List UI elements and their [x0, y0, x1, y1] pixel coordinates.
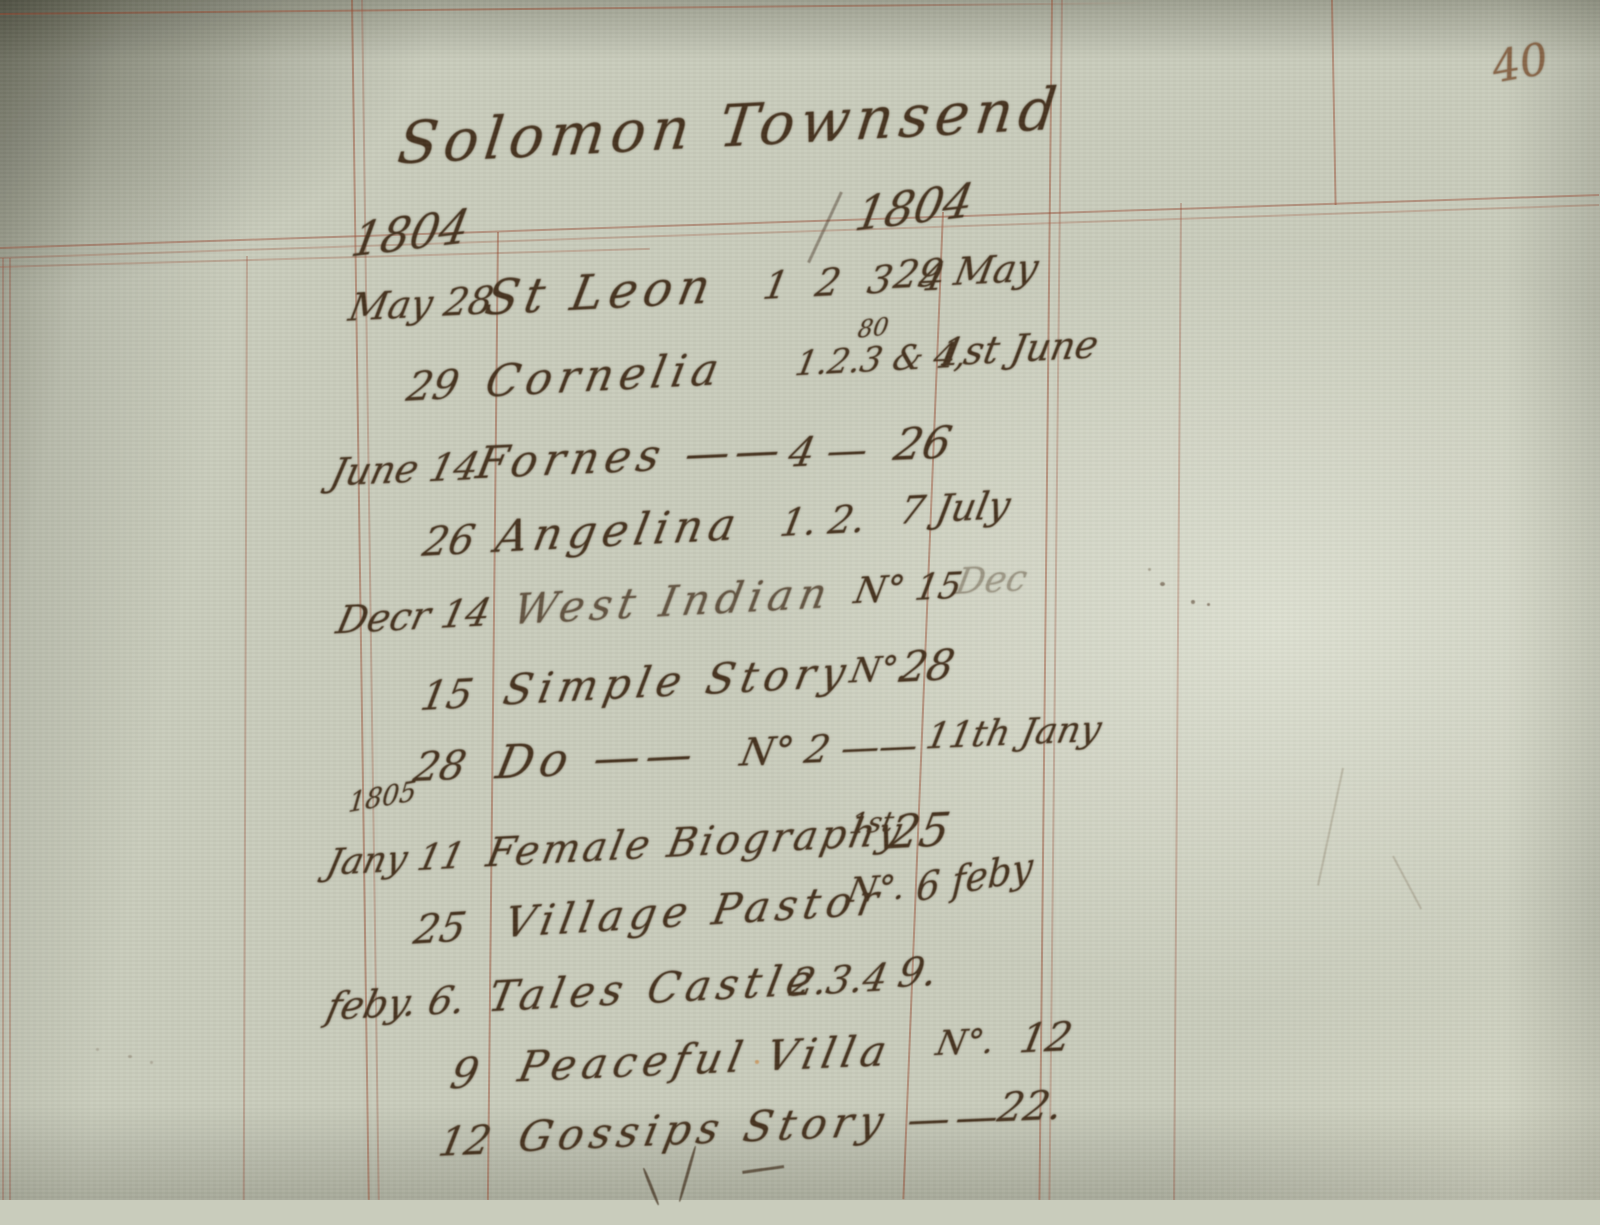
entry-volume-numbers: 2.3.4	[787, 955, 892, 1005]
entry-return-date: 12	[1016, 1014, 1076, 1063]
entry-return-date: 28	[896, 640, 959, 692]
entry-return-date: 22.	[994, 1082, 1067, 1131]
entry-book-title: St Leon	[481, 258, 721, 327]
entry-return-date: 26	[890, 417, 956, 471]
entry-return-date: 11th Jany	[922, 709, 1105, 758]
entry-book-title: Do ——	[492, 726, 704, 789]
handwriting-layer: 40 Solomon Townsend 1804 1804 May 28 St …	[0, 0, 1600, 1200]
entry-return-date: 9.	[894, 949, 941, 998]
entry-volume-numbers: N°.	[933, 1021, 999, 1064]
entry-return-date: 29 May	[890, 245, 1042, 297]
entry-borrow-date: 15	[417, 671, 477, 720]
entry-return-date: Dec	[952, 558, 1030, 603]
entry-borrow-date: 28	[410, 742, 470, 791]
entry-volume-numbers: N°.	[844, 867, 909, 911]
ink-speck	[128, 1055, 132, 1058]
entry-borrow-date: May 28	[345, 278, 497, 330]
year-heading-left: 1804	[347, 198, 474, 268]
ledger-page: 40 Solomon Townsend 1804 1804 May 28 St …	[0, 0, 1600, 1200]
entry-volume-numbers: 4 —	[784, 427, 872, 477]
entry-volume-numbers: N° 15	[851, 565, 966, 612]
entry-borrow-date: feby. 6.	[322, 977, 470, 1029]
entry-borrow-date: Decr 14	[332, 590, 495, 643]
ink-speck	[1191, 600, 1195, 604]
ink-speck	[1207, 603, 1210, 606]
entry-volume-numbers: N° 2 ——	[737, 723, 922, 775]
year-heading-right: 1804	[851, 172, 978, 242]
ink-speck	[96, 1048, 99, 1051]
entry-return-date: 25	[885, 802, 954, 860]
entry-borrow-date: 12	[435, 1117, 495, 1166]
entry-borrow-date: June 14	[326, 444, 484, 495]
entry-return-date: 7 July	[896, 483, 1014, 533]
ink-speck	[150, 1061, 153, 1064]
entry-borrow-date: 25	[410, 904, 469, 954]
ink-speck	[1148, 568, 1151, 571]
account-holder-name: Solomon Townsend	[394, 74, 1066, 177]
stray-pen-stroke	[807, 191, 843, 263]
page-number: 40	[1488, 34, 1552, 94]
entry-borrow-date: 26	[419, 517, 479, 566]
entry-borrow-date: 9	[446, 1048, 483, 1099]
entry-return-date: 1st June	[936, 322, 1102, 375]
entry-borrow-date: 29	[403, 362, 463, 411]
paper-blemish	[755, 1060, 759, 1064]
ink-speck	[1160, 582, 1165, 586]
entry-volume-numbers: 1. 2.	[777, 496, 870, 545]
entry-borrow-date: Jany 11	[323, 835, 469, 884]
